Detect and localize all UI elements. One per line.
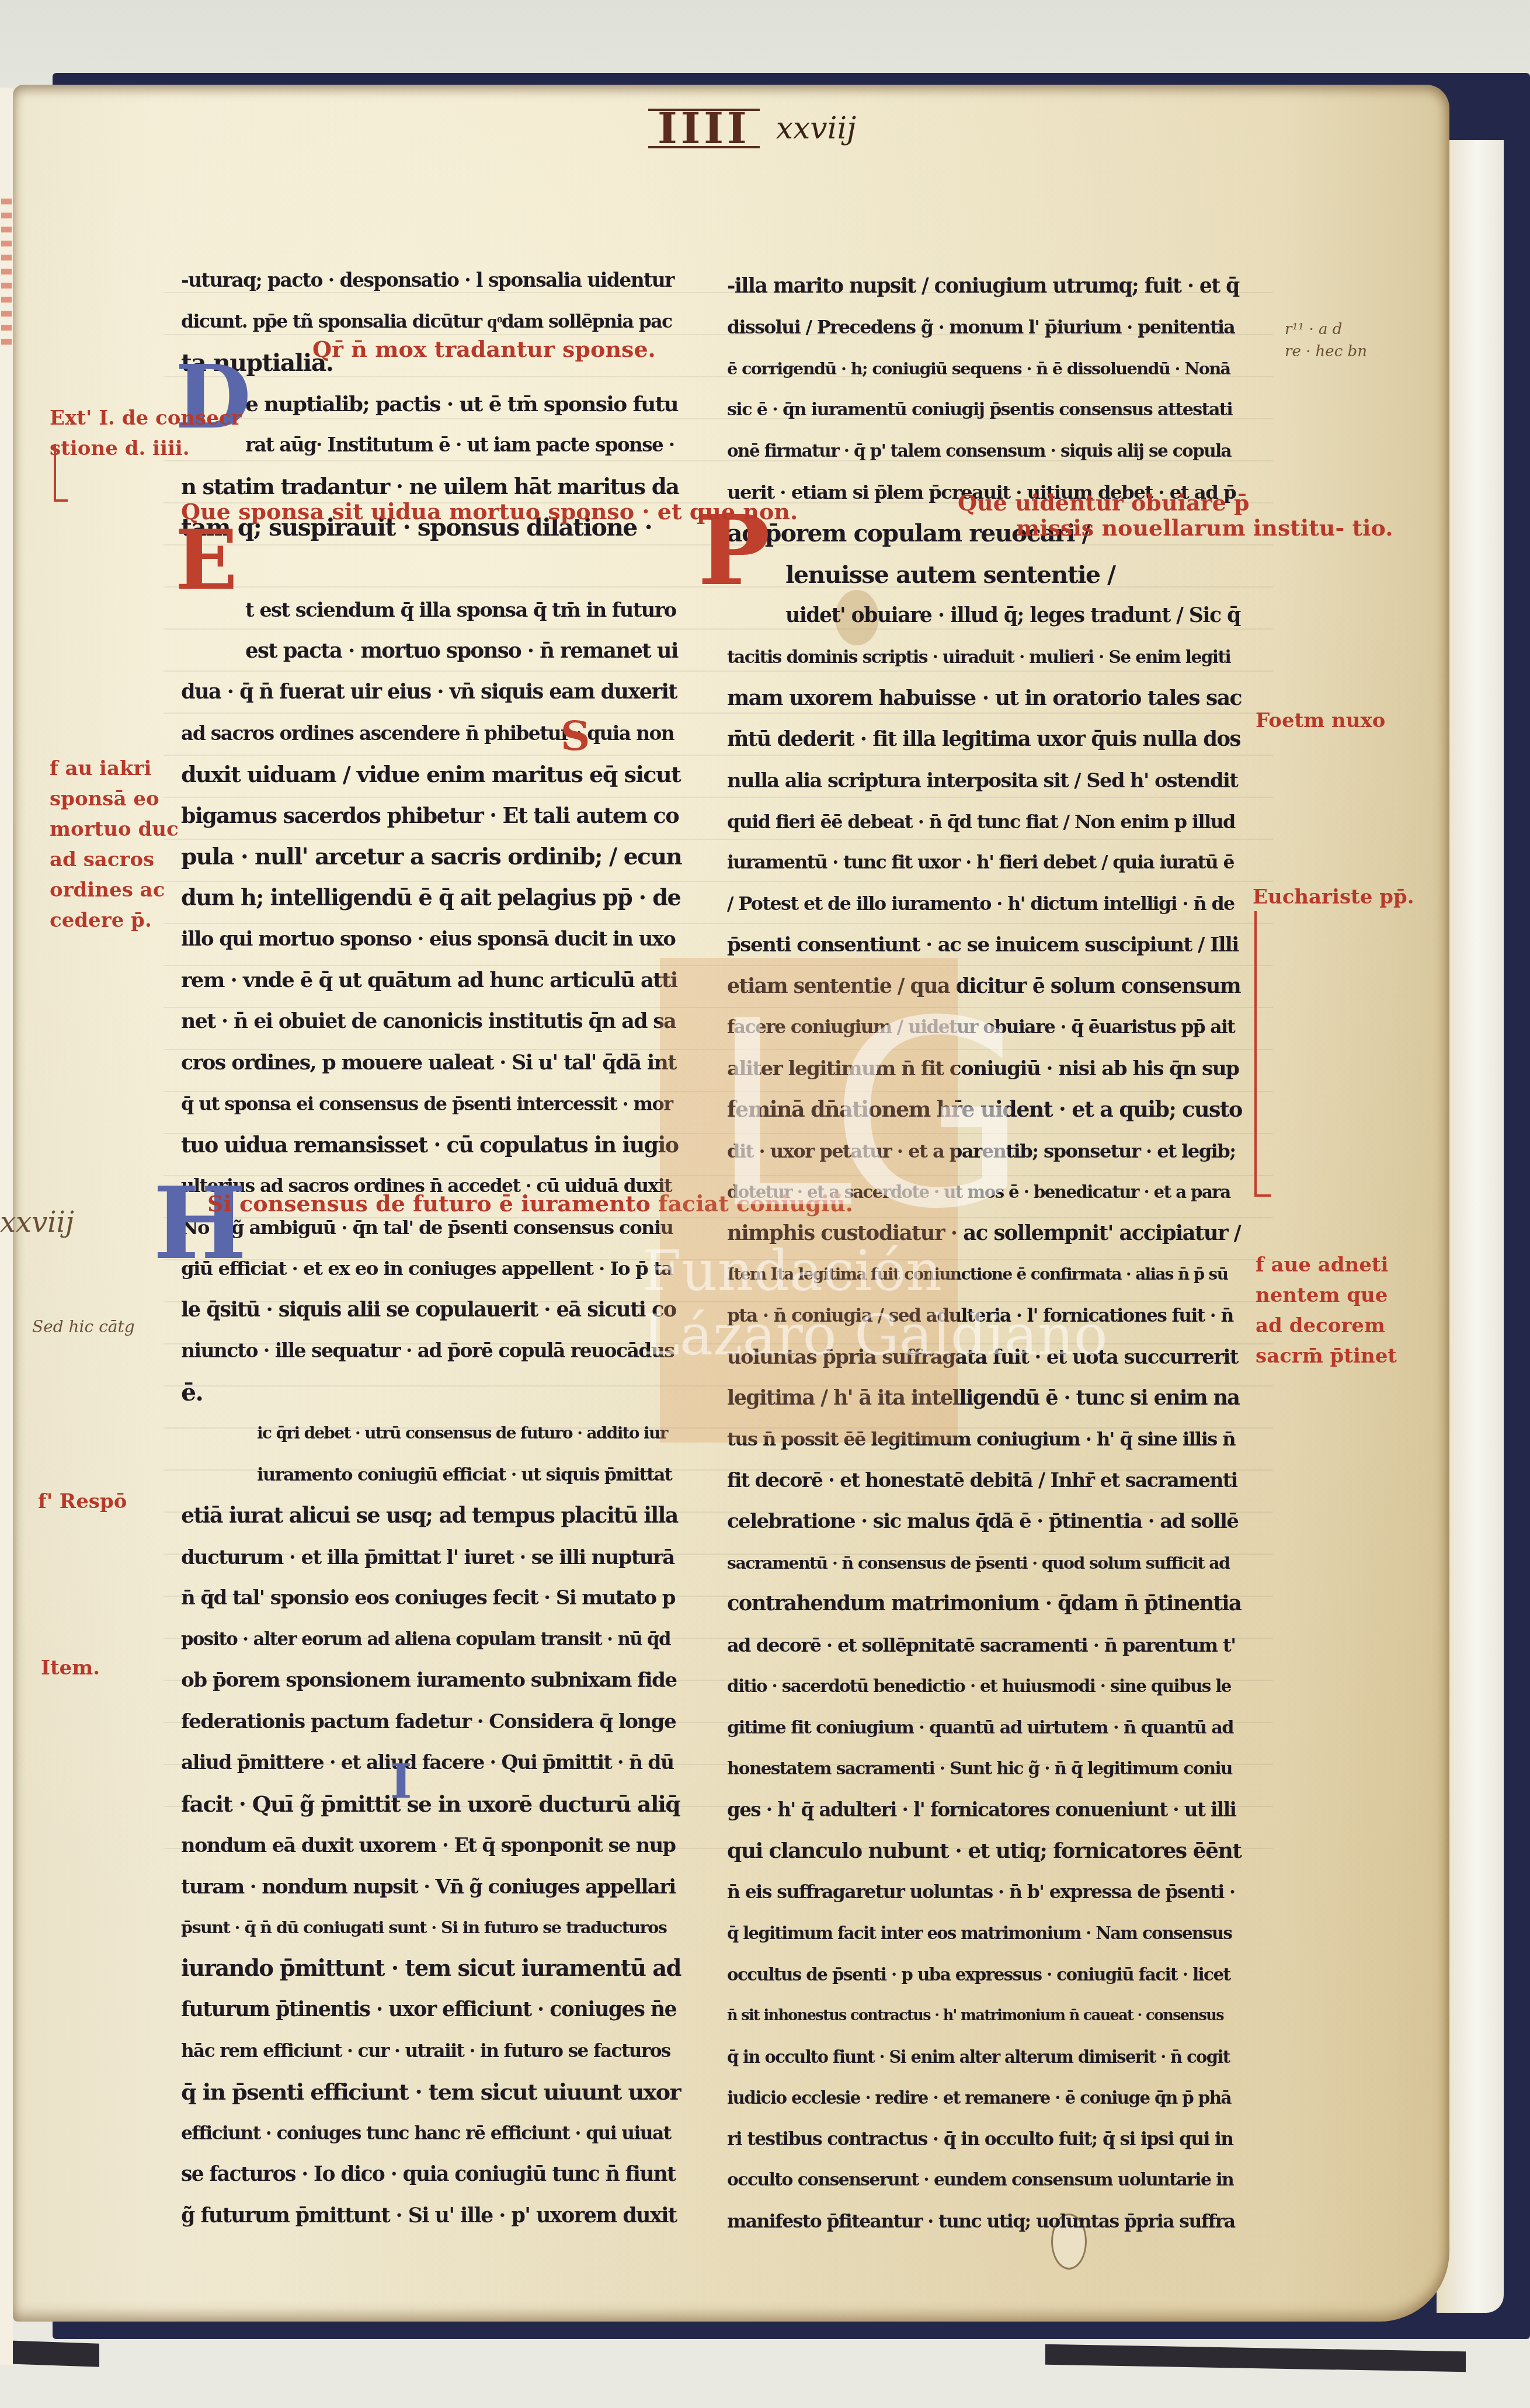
text-line: rat aūg· Institutum ē · ut iam pacte spo… [181, 425, 683, 466]
text-line: ad decorē · et sollēpnitatē sacramenti ·… [727, 1625, 1247, 1666]
text-line: se facturos · Io dico · quia coniugiū tu… [181, 2154, 683, 2195]
text-line: uidet' obuiare · illud q̄; leges tradunt… [727, 595, 1247, 637]
text-line: qui clanculo nubunt · et utiq; fornicato… [727, 1830, 1247, 1872]
text-line: / Potest et de illo iuramento · h' dictu… [727, 884, 1247, 925]
text-line: ē corrigendū · h; coniugiū sequens · n̄ … [727, 348, 1247, 390]
initial-e: E [175, 520, 238, 602]
text-line [181, 548, 683, 590]
watermark-logo: LG [710, 987, 1005, 1244]
text-line: nulla alia scriptura interposita sit / S… [727, 760, 1247, 801]
text-line: iudicio ecclesie · redire · et remanere … [727, 2077, 1247, 2119]
rubric-2: Que sponsa sit uidua mortuo sponso · et … [181, 496, 798, 527]
text-line: m̄tū dederit · fit illa legitima uxor q̄… [727, 719, 1247, 760]
margin-gloss: Sed hic cātg [32, 1317, 135, 1336]
text-line: e nuptialib; pactis · ut ē tm̄ sponsio f… [181, 384, 683, 425]
watermark-text: Lázaro Galdiano [642, 1302, 1108, 1368]
margin-note-item: Item. [41, 1653, 100, 1683]
text-line: pula · null' arcetur a sacris ordinib; /… [181, 836, 683, 878]
foliation-number: xxviij [776, 111, 856, 146]
text-line: niuncto · ille sequatur · ad p̄orē copul… [181, 1330, 683, 1372]
text-line: tacitis dominis scriptis · uiraduit · mu… [727, 637, 1247, 678]
watermark-text: Fundación [642, 1238, 942, 1304]
text-line: fit decorē · et honestatē debitā / Inhr̄… [727, 1460, 1247, 1502]
text-line: ducturum · et illa p̄mittat l' iuret · s… [181, 1537, 683, 1578]
text-line: dissolui / Precedens g̃ · monum l' p̄iur… [727, 307, 1247, 349]
text-line: facit · Quī g̃ p̄mittit se in uxorē duct… [181, 1784, 683, 1825]
text-line: n̄ q̄d tal' sponsio eos coniuges fecit ·… [181, 1577, 683, 1619]
text-line: dua · q̄ n̄ fuerat uir eius · vn̄ siquis… [181, 672, 683, 713]
margin-note-foetm: Foetm nuxo [1256, 706, 1386, 736]
text-line: illo qui mortuo sponso · eius sponsā duc… [181, 919, 683, 960]
initial-s: S [561, 715, 590, 756]
text-line: gitime fit coniugium · quantū ad uirtute… [727, 1707, 1247, 1749]
left-column: -uturaq; pacto · desponsatio · l sponsal… [181, 260, 683, 2236]
text-line: rem · vnde ē q̄ ut quātum ad hunc articu… [181, 960, 683, 1002]
binding-tab [6, 2340, 99, 2367]
text-line: tuo uidua remansisset · cū copulatus in … [181, 1125, 683, 1166]
text-line: duxit uiduam / vidue enim maritus eq̄ si… [181, 754, 683, 795]
text-line: n̄ sit inhonestus contractus · h' matrim… [727, 1995, 1247, 2037]
margin-folio-number: xxviij [0, 1206, 74, 1239]
margin-note-decorem: f aue adneti nentem que ad decorem sacrm… [1256, 1250, 1397, 1371]
text-line: manifesto p̄fiteantur · tunc utiq; uolun… [727, 2201, 1247, 2243]
text-line: sacramentū · n̄ consensus de p̄senti · q… [727, 1542, 1247, 1584]
margin-bracket [54, 444, 68, 502]
margin-bracket [1254, 911, 1271, 1197]
text-line: iurando p̄mittunt · tem sicut iuramentū … [181, 1948, 683, 1990]
text-line: etiā iurat alicui se usq; ad tempus plac… [181, 1495, 683, 1537]
text-line: mam uxorem habuisse · ut in oratorio tal… [727, 677, 1247, 719]
text-line: ic q̄ri debet · utrū consensus de futuro… [181, 1413, 683, 1454]
text-line: efficiunt · coniuges tunc hanc rē effici… [181, 2113, 683, 2155]
rubric-5: missis nouellarum institu- tio. [1016, 513, 1393, 543]
text-line: ditio · sacerdotū benedictio · et huiusm… [727, 1666, 1247, 1707]
margin-note-sponsa: f au iakri sponsā eo mortuo duc ad sacro… [50, 753, 179, 936]
text-line: -uturaq; pacto · desponsatio · l sponsal… [181, 260, 683, 301]
text-line: futurum p̄tinentis · uxor efficiunt · co… [181, 1989, 683, 2031]
text-line: q̄ in p̄senti efficiunt · tem sicut uiuu… [181, 2072, 683, 2113]
text-line: quid fieri ēē debeat · n̄ q̄d tunc fiat … [727, 801, 1247, 843]
text-line: ges · h' q̄ adulteri · l' fornicatores c… [727, 1790, 1247, 1831]
text-line: lenuisse autem sententie / [727, 554, 1247, 596]
text-line: celebratione · sic malus q̄dā ē · p̄tine… [727, 1501, 1247, 1542]
text-line: sic ē · q̄n iuramentū coniugij p̄sentis … [727, 390, 1247, 431]
text-line: p̄sunt · q̄ n̄ dū coniugati sunt · Si in… [181, 1907, 683, 1948]
text-line: honestatem sacramenti · Sunt hic g̃ · n̄… [727, 1748, 1247, 1790]
margin-gloss-right: r¹¹ · a d re · hec bn [1285, 318, 1367, 363]
rubric-1: Qr̄ n̄ mox tradantur sponse. [312, 334, 656, 364]
text-line: ad sacros ordines ascendere n̄ phibetur … [181, 713, 683, 755]
text-line: q̄ ut sponsa ei consensus de p̄senti int… [181, 1083, 683, 1125]
text-line: onē firmatur · q̄ p' talem consensum · s… [727, 430, 1247, 472]
text-line: t est sciendum q̄ illa sponsa q̄ tm̄ in … [181, 589, 683, 631]
text-line: q̄ legitimum facit inter eos matrimonium… [727, 1913, 1247, 1954]
text-line: net · n̄ ei obuiet de canonicis institut… [181, 1001, 683, 1043]
text-line: ob p̄orem sponsionem iuramento subnixam … [181, 1660, 683, 1701]
text-line: n̄ eis suffragaretur uoluntas · n̄ b' ex… [727, 1872, 1247, 1913]
margin-note-eucharist: Euchariste pp̄. [1253, 882, 1414, 912]
text-line: aliud p̄mittere · et aliud facere · Qui … [181, 1742, 683, 1784]
text-line: iuramentū · tunc fit uxor · h' fieri deb… [727, 842, 1247, 884]
text-line: contrahendum matrimonium · q̄dam n̄ p̄ti… [727, 1583, 1247, 1625]
text-line: est pacta · mortuo sponso · n̄ remanet u… [181, 631, 683, 672]
text-line: dum h; intelligendū ē q̄ ait pelagius pp… [181, 878, 683, 919]
text-line: ē. [181, 1372, 683, 1413]
margin-note-respo: f' Respō [38, 1486, 127, 1517]
text-line: hāc rem efficiunt · cur · utraiit · in f… [181, 2031, 683, 2072]
text-line: posito · alter eorum ad aliena copulam t… [181, 1619, 683, 1660]
foliation-roman: IIII [648, 109, 760, 148]
text-line: bigamus sacerdos phibetur · Et tali aute… [181, 795, 683, 837]
text-line: q̄ in occulto fiunt · Si enim alter alte… [727, 2037, 1247, 2078]
text-line: federationis pactum fadetur · Considera … [181, 1701, 683, 1743]
text-line: turam · nondum nupsit · Vn̄ g̃ coniuges … [181, 1866, 683, 1907]
text-line: cros ordines, p mouere ualeat · Si u' ta… [181, 1043, 683, 1084]
text-line: occultus de p̄senti · p uba expressus · … [727, 1954, 1247, 1996]
text-line: iuramento coniugiū efficiat · ut siquis … [181, 1454, 683, 1496]
binding-tab [1045, 2344, 1466, 2372]
initial-i: I [390, 1758, 412, 1805]
text-line: giū efficiat · et ex eo in coniuges appe… [181, 1248, 683, 1290]
foliation: IIII xxviij [648, 108, 856, 149]
text-line: -illa marito nupsit / coniugium utrumq; … [727, 266, 1247, 307]
text-line: g̃ futurum p̄mittunt · Si u' ille · p' u… [181, 2195, 683, 2237]
margin-note-consecr: Ext' I. de consecr stione d. iiii. [50, 403, 241, 464]
text-line: ri testibus contractus · q̄ in occulto f… [727, 2119, 1247, 2160]
text-line: nondum eā duxit uxorem · Et q̄ sponponit… [181, 1825, 683, 1866]
text-line: le q̄sitū · siquis alii se copulauerit ·… [181, 1290, 683, 1331]
text-line: occulto consenserunt · eundem consensum … [727, 2160, 1247, 2201]
